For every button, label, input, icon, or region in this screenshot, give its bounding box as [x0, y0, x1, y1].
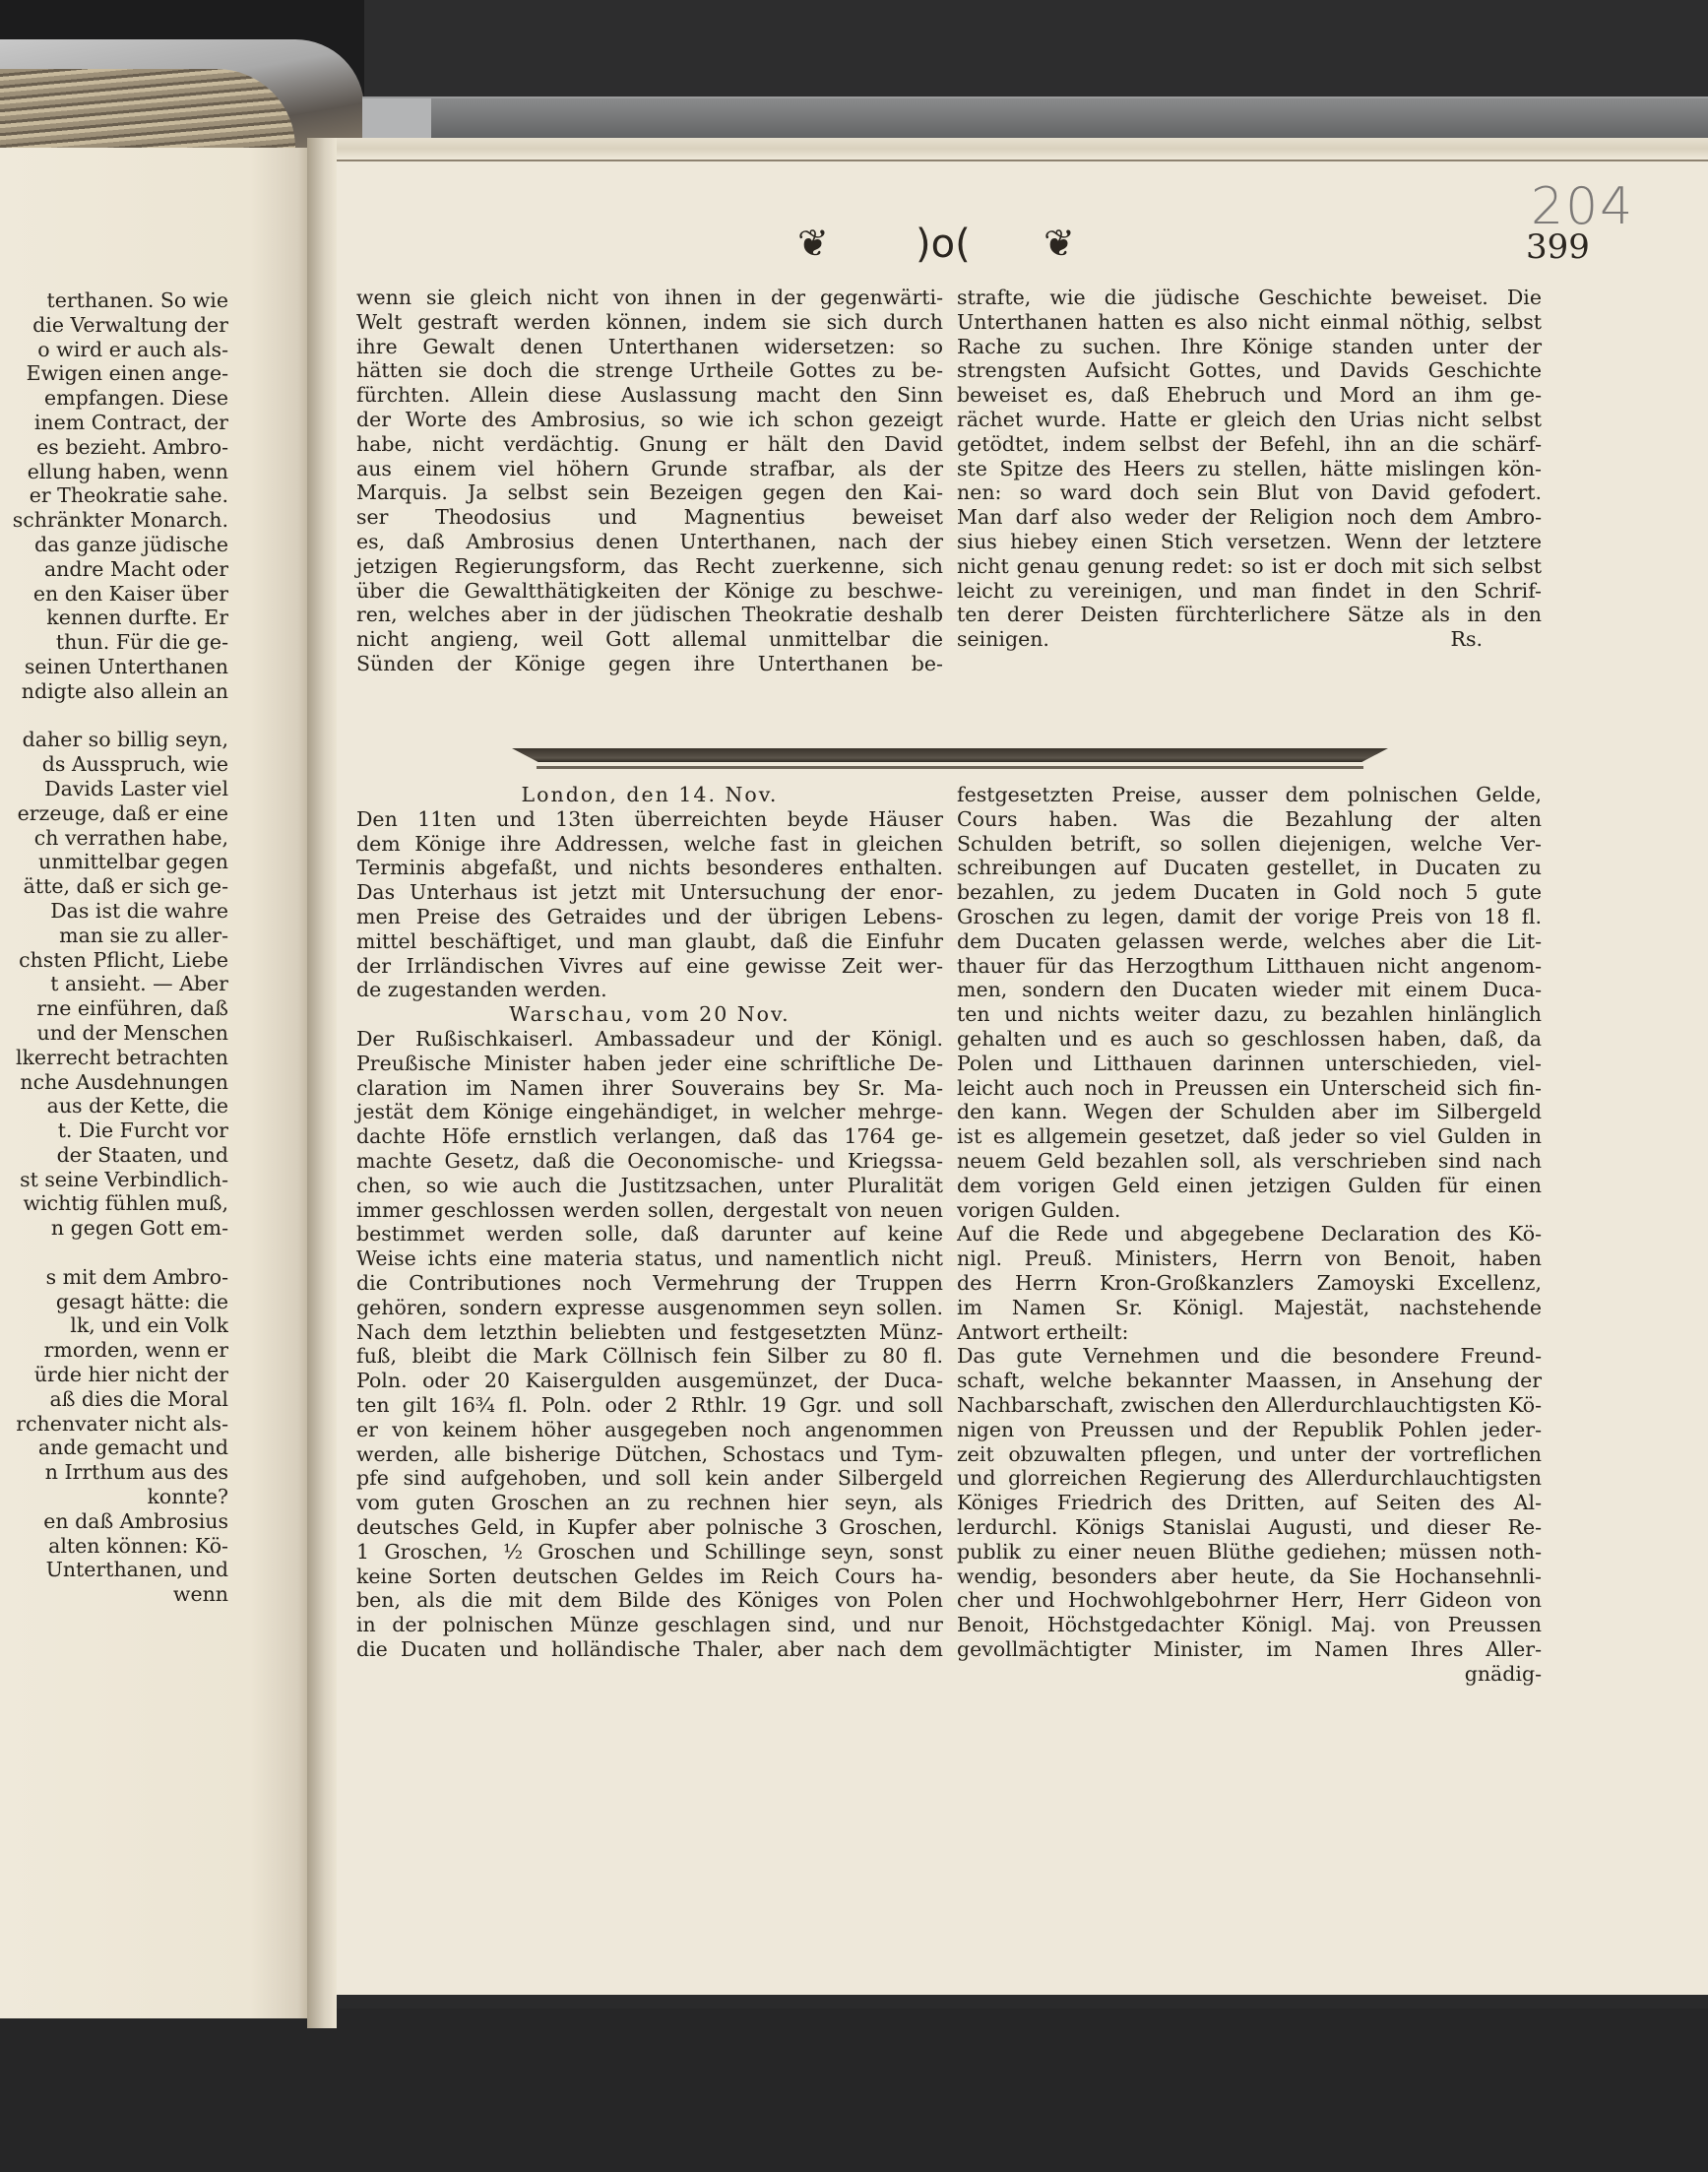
article-line: Unterthanen hatten es also nicht einmal … [957, 310, 1542, 335]
article-line: ser Theodosius und Magnentius beweiset [356, 505, 943, 530]
news-line: thauer für das Herzogthum Litthauen nich… [957, 954, 1542, 979]
news-line: vorigen Gulden. [957, 1198, 1542, 1223]
article-line: strafte, wie die jüdische Geschichte bew… [957, 286, 1542, 310]
news-line: Den 11ten und 13ten überreichten beyde H… [356, 807, 943, 832]
news-line: in der polnischen Münze geschlagen sind,… [356, 1613, 943, 1637]
news-line: wendig, besonders aber heute, da Sie Hoc… [957, 1565, 1542, 1589]
left-page-line: aus der Kette, die [0, 1094, 228, 1118]
news-line: nigl. Preuß. Ministers, Herrn von Benoit… [957, 1246, 1542, 1271]
left-page-line [0, 704, 228, 729]
news-line: Preußische Minister haben jeder eine sch… [356, 1052, 943, 1076]
news-line: Antwort ertheilt: [957, 1320, 1542, 1345]
page-top-edge [325, 138, 1708, 161]
news-line: der Irrländischen Vivres auf eine gewiss… [356, 954, 943, 979]
left-page-line: lkerrecht betrachten [0, 1046, 228, 1070]
catchword: gnädig- [957, 1662, 1542, 1687]
news-line: Benoit, Höchstgedachter Königl. Maj. von… [957, 1613, 1542, 1637]
news-line: leicht auch noch in Preussen ein Untersc… [957, 1076, 1542, 1101]
news-line: dem Könige ihre Addressen, welche fast i… [356, 832, 943, 857]
article-column-2: strafte, wie die jüdische Geschichte bew… [957, 286, 1542, 652]
article-line: Welt gestraft werden können, indem sie s… [356, 310, 943, 335]
news-line: Terminis abgefaßt, und nichts besonderes… [356, 856, 943, 880]
news-line: die Ducaten und holländische Thaler, abe… [356, 1637, 943, 1662]
article-line: getödtet, indem selbst der Befehl, ihn a… [957, 432, 1542, 457]
article-line: nicht angieng, weil Gott allemal unmitte… [356, 627, 943, 652]
news-line: Der Rußischkaiserl. Ambassadeur und der … [356, 1027, 943, 1052]
article-line: nen: so ward doch sein Blut von David ge… [957, 480, 1542, 505]
article-line: ten derer Deisten fürchterlichere Sätze … [957, 603, 1542, 627]
news-line: Das gute Vernehmen und die besondere Fre… [957, 1344, 1542, 1369]
news-line: fuß, bleibt die Mark Cöllnisch fein Silb… [356, 1344, 943, 1369]
left-page-line: daher so billig seyn, [0, 728, 228, 752]
article-line: habe, nicht verdächtig. Gnung er hält de… [356, 432, 943, 457]
left-page-line: aß dies die Moral [0, 1387, 228, 1412]
left-page-line: Ewigen einen ange- [0, 361, 228, 386]
article-line: Man darf also weder der Religion noch de… [957, 505, 1542, 530]
article-line: Sünden der Könige gegen ihre Unterthanen… [356, 652, 943, 676]
news-line: ben, als die mit dem Bilde des Königes v… [356, 1588, 943, 1613]
left-page-line: ande gemacht und [0, 1436, 228, 1460]
news-line: deutsches Geld, in Kupfer aber polnische… [356, 1515, 943, 1540]
article-line: nicht genau genung redet: so ist er doch… [957, 554, 1542, 579]
article-line: beweiset es, daß Ehebruch und Mord an ih… [957, 383, 1542, 408]
news-line: vom guten Groschen an zu rechnen hier se… [356, 1491, 943, 1515]
news-line: dem vorigen Geld einen jetzigen Gulden f… [957, 1174, 1542, 1198]
left-page-line: wenn [0, 1582, 228, 1607]
left-page-line: lk, und ein Volk [0, 1313, 228, 1338]
article-line: strengsten Aufsicht Gottes, und Davids G… [957, 358, 1542, 383]
news-line: Polen und Litthauen darinnen unterschied… [957, 1052, 1542, 1076]
article-line: ihre Gewalt denen Unterthanen widersetze… [356, 335, 943, 359]
article-line: wenn sie gleich nicht von ihnen in der g… [356, 286, 943, 310]
news-line: ten gilt 16¾ fl. Poln. oder 2 Rthlr. 19 … [356, 1393, 943, 1418]
news-line: men, sondern den Ducaten wieder mit eine… [957, 978, 1542, 1002]
article-line: es, daß Ambrosius denen Unterthanen, nac… [356, 530, 943, 554]
news-line: gehalten und es auch so geschlossen habe… [957, 1027, 1542, 1052]
news-line: machte Gesetz, daß die Oeconomische- und… [356, 1149, 943, 1174]
left-page-line: terthanen. So wie [0, 288, 228, 313]
article-line: rächet wurde. Hatte er gleich den Urias … [957, 408, 1542, 432]
left-page-line: es bezieht. Ambro- [0, 435, 228, 460]
left-page-text-fragment: terthanen. So wiedie Verwaltung dero wir… [0, 288, 228, 1607]
left-page-line [0, 1241, 228, 1265]
news-line: claration im Namen ihrer Souverains bey … [356, 1076, 943, 1101]
article-line: ste Spitze des Heers zu stellen, hätte m… [957, 457, 1542, 481]
news-line: keine Sorten deutschen Geldes im Reich C… [356, 1565, 943, 1589]
news-line: gevollmächtigter Minister, im Namen Ihre… [957, 1637, 1542, 1662]
left-page-line: unmittelbar gegen [0, 850, 228, 874]
left-page-line: inem Contract, der [0, 411, 228, 435]
left-page-line: en daß Ambrosius [0, 1509, 228, 1534]
center-ornament-icon: )o( [916, 222, 971, 267]
left-page-line: s mit dem Ambro- [0, 1265, 228, 1290]
left-page-line: ds Ausspruch, wie [0, 752, 228, 777]
news-line: Schulden betrift, so sollen diejenigen, … [957, 832, 1542, 857]
left-page-line: das ganze jüdische [0, 533, 228, 557]
left-page-line: konnte? [0, 1485, 228, 1509]
left-page-line: t ansieht. — Aber [0, 972, 228, 996]
left-page-line: die Verwaltung der [0, 313, 228, 338]
news-line: gehören, sondern expresse ausgenommen se… [356, 1296, 943, 1320]
news-line: bestimmet werden solle, daß darunter auf… [356, 1222, 943, 1246]
news-line: chen, so wie auch die Justitzsachen, unt… [356, 1174, 943, 1198]
news-line: ten und nichts weiter dazu, zu bezahlen … [957, 1002, 1542, 1027]
news-line: zeit obzuwalten pflegen, und unter der v… [957, 1442, 1542, 1467]
page-header: ❦ )o( ❦ 399 [335, 222, 1546, 271]
news-column-1: London, den 14. Nov. Den 11ten und 13ten… [356, 783, 943, 1662]
news-line: er von keinem höher ausgegeben noch ange… [356, 1418, 943, 1442]
left-page-edges [0, 69, 295, 158]
left-page-line: gesagt hätte: die [0, 1290, 228, 1314]
left-page-line: n Irrthum aus des [0, 1460, 228, 1485]
author-signature: Rs. [1451, 627, 1483, 652]
news-line: nigen von Preussen und der Republik Pohl… [957, 1418, 1542, 1442]
left-page-line: ellung haben, wenn [0, 460, 228, 484]
dateline-heading: London, den 14. Nov. [356, 783, 943, 807]
news-line: im Namen Sr. Königl. Majestät, nachstehe… [957, 1296, 1542, 1320]
article-line: fürchten. Allein diese Auslassung macht … [356, 383, 943, 408]
article-line: leicht zu vereinigen, und man findet in … [957, 579, 1542, 604]
news-line: schreibungen auf Ducaten gestellet, in D… [957, 856, 1542, 880]
left-page-line: wichtig fühlen muß, [0, 1191, 228, 1216]
left-page-line: chsten Pflicht, Liebe [0, 948, 228, 973]
article-line: Marquis. Ja selbst sein Bezeigen gegen d… [356, 480, 943, 505]
article-column-1: wenn sie gleich nicht von ihnen in der g… [356, 286, 943, 676]
news-line: Groschen zu legen, damit der vorige Prei… [957, 905, 1542, 929]
news-line: und glorreichen Regierung des Allerdurch… [957, 1466, 1542, 1491]
shell-ornament-icon: ❦ [797, 222, 829, 265]
news-line: Poln. oder 20 Kaisergulden ausgemünzet, … [356, 1369, 943, 1393]
news-line: dem Ducaten gelassen werde, welches aber… [957, 929, 1542, 954]
news-line: Nach dem letzthin beliebten und festgese… [356, 1320, 943, 1345]
article-line: jetzigen Regierungsform, das Recht zuerk… [356, 554, 943, 579]
article-line: über die Gewaltthätigkeiten der Könige z… [356, 579, 943, 604]
article-line: hätten sie doch die strenge Urtheile Got… [356, 358, 943, 383]
article-line: der Worte des Ambrosius, so wie ich scho… [356, 408, 943, 432]
news-line: jestät dem Könige eingehändiget, in welc… [356, 1100, 943, 1124]
news-line: Cours haben. Was die Bezahlung der alten [957, 807, 1542, 832]
left-page-line: schränkter Monarch. [0, 508, 228, 533]
news-line: immer geschlossen werden sollen, dergest… [356, 1198, 943, 1223]
news-line: den kann. Wegen der Schulden aber im Sil… [957, 1100, 1542, 1124]
shell-ornament-icon: ❦ [1044, 222, 1075, 265]
book-cover-edge [362, 96, 1708, 144]
news-line: men Preise des Getraides und der übrigen… [356, 905, 943, 929]
left-page-line: ätte, daß er sich ge- [0, 874, 228, 899]
news-line: Königes Friedrich des Dritten, auf Seite… [957, 1491, 1542, 1515]
news-line: de zugestanden werden. [356, 978, 943, 1002]
news-line: Auf die Rede und abgegebene Declaration … [957, 1222, 1542, 1246]
left-page-line: st seine Verbindlich- [0, 1168, 228, 1192]
news-line: festgesetzten Preise, ausser dem polnisc… [957, 783, 1542, 807]
news-line: publik zu einer neuen Blüthe gediehen; m… [957, 1540, 1542, 1565]
left-page-line: nche Ausdehnungen [0, 1070, 228, 1095]
article-line: aus einem viel höhern Grunde strafbar, a… [356, 457, 943, 481]
article-line: Rache zu suchen. Ihre Könige standen unt… [957, 335, 1542, 359]
left-page-line: und der Menschen [0, 1021, 228, 1046]
news-column-2: festgesetzten Preise, ausser dem polnisc… [957, 783, 1542, 1686]
left-page-line: ürde hier nicht der [0, 1363, 228, 1387]
left-page-line: en den Kaiser über [0, 582, 228, 607]
left-page-line: kennen durfte. Er [0, 606, 228, 630]
left-page-line: rchenvater nicht als- [0, 1412, 228, 1437]
left-page-line: Davids Laster viel [0, 777, 228, 801]
news-line: des Herrn Kron-Großkanzlers Zamoyski Exc… [957, 1271, 1542, 1296]
section-divider-rule [512, 748, 1388, 762]
news-line: schaft, welche bekannter Maassen, in Ans… [957, 1369, 1542, 1393]
left-page-line: alten können: Kö- [0, 1534, 228, 1559]
left-page-line: Das ist die wahre [0, 899, 228, 924]
left-page-line: ch verrathen habe, [0, 826, 228, 851]
left-page-line: ndigte also allein an [0, 679, 228, 704]
left-page-line: thun. Für die ge- [0, 630, 228, 655]
dateline-heading: Warschau, vom 20 Nov. [356, 1002, 943, 1027]
scanner-background-bottom [0, 2009, 1708, 2172]
news-line: bezahlen, zu jedem Ducaten in Gold noch … [957, 880, 1542, 905]
book-gutter [307, 138, 337, 2028]
news-line: Das Unterhaus ist jetzt mit Untersuchung… [356, 880, 943, 905]
left-page-line: erzeuge, daß er eine [0, 801, 228, 826]
pencil-folio-number: 204 [1531, 177, 1634, 236]
left-page-line: seinen Unterthanen [0, 655, 228, 679]
left-page-line: empfangen. Diese [0, 386, 228, 411]
left-page-line: t. Die Furcht vor [0, 1118, 228, 1143]
section-divider-underline [537, 766, 1363, 769]
news-line: die Contributiones noch Vermehrung der T… [356, 1271, 943, 1296]
left-page-line: n gegen Gott em- [0, 1216, 228, 1241]
left-page-line: Unterthanen, und [0, 1558, 228, 1582]
left-page-line: andre Macht oder [0, 557, 228, 582]
news-line: neuem Geld bezahlen soll, als verschrieb… [957, 1149, 1542, 1174]
article-line: sius hiebey einen Stich versetzen. Wenn … [957, 530, 1542, 554]
news-line: mittel beschäftiget, und man glaubt, daß… [356, 929, 943, 954]
news-line: lerdurchl. Königs Stanislai Augusti, und… [957, 1515, 1542, 1540]
left-page-line: rne einführen, daß [0, 996, 228, 1021]
left-page-line: man sie zu aller- [0, 924, 228, 948]
news-line: dachte Höfe ernstlich verlangen, daß das… [356, 1124, 943, 1149]
news-line: Nachbarschaft, zwischen den Allerdurchla… [957, 1393, 1542, 1418]
news-line: pfe sind aufgehoben, und soll kein ander… [356, 1466, 943, 1491]
left-page-line: der Staaten, und [0, 1143, 228, 1168]
news-line: werden, alle bisherige Dütchen, Schostac… [356, 1442, 943, 1467]
left-page-line: o wird er auch als- [0, 338, 228, 362]
news-line: cher und Hochwohlgebohrner Herr, Herr Gi… [957, 1588, 1542, 1613]
article-line: seinigen.Rs. [957, 627, 1542, 652]
news-line: Weise ichts eine materia status, und nam… [356, 1246, 943, 1271]
news-line: ist es allgemein gesetzet, daß jeder so … [957, 1124, 1542, 1149]
left-page-line: er Theokratie sahe. [0, 483, 228, 508]
news-line: 1 Groschen, ½ Groschen und Schillinge se… [356, 1540, 943, 1565]
article-line: ren, welches aber in der jüdischen Theok… [356, 603, 943, 627]
left-page-line: rmorden, wenn er [0, 1338, 228, 1363]
